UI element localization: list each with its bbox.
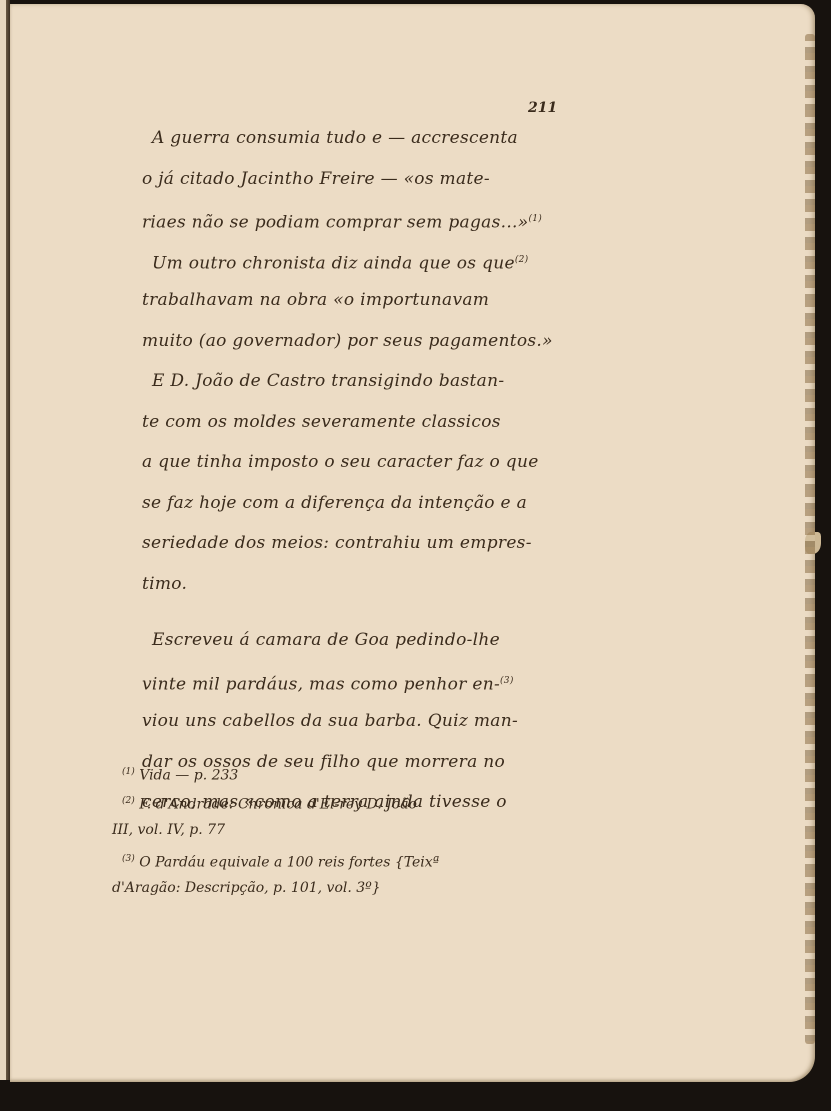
body-line: se faz hoje com a diferença da intenção … [142,483,562,524]
footnote: (1) Vida — p. 233 [112,758,572,787]
body-line: seriedade dos meios: contrahiu um empres… [142,523,562,564]
footnotes: (1) Vida — p. 233 (2) F. d'Andrade: Chro… [112,758,572,903]
body-line: A guerra consumia tudo e — accrescenta [142,118,562,159]
body-line: muito (ao governador) por seus pagamento… [142,321,562,362]
body-line: viou uns cabellos da sua barba. Quiz man… [142,701,562,742]
body-line: Escreveu á camara de Goa pedindo-lhe [142,620,562,661]
body-line: te com os moldes severamente classicos [142,402,562,443]
page-number: 211 [528,100,557,116]
footnote-continuation: III, vol. IV, p. 77 [112,816,572,845]
footnote-mark: (3) [122,854,135,864]
footnote-continuation: d'Aragão: Descripção, p. 101, vol. 3º} [112,874,572,903]
footnote-mark: (2) [515,255,529,265]
body-line: E D. João de Castro transigindo bastan- [142,361,562,402]
footnote: (3) O Pardáu equivale a 100 reis fortes … [112,845,572,874]
body-line: o já citado Jacintho Freire — «os mate- [142,159,562,200]
body-line: timo. [142,564,562,605]
footnote-mark: (1) [122,767,135,777]
body-text: A guerra consumia tudo e — accrescenta o… [142,118,562,823]
body-line: Um outro chronista diz ainda que os que(… [142,240,562,281]
torn-edge [805,532,821,554]
footnote-mark: (2) [122,796,135,806]
footnote-mark: (1) [528,214,542,224]
body-line: vinte mil pardáus, mas como penhor en-(3… [142,661,562,702]
footnote: (2) F. d'Andrade: Chronica d'El-rey D. J… [112,787,572,816]
body-line: riaes não se podiam comprar sem pagas...… [142,199,562,240]
body-line: a que tinha imposto o seu caracter faz o… [142,442,562,483]
scanned-page: 211 A guerra consumia tudo e — accrescen… [0,0,831,1111]
body-line: trabalhavam na obra «o importunavam [142,280,562,321]
footnote-mark: (3) [500,676,514,686]
